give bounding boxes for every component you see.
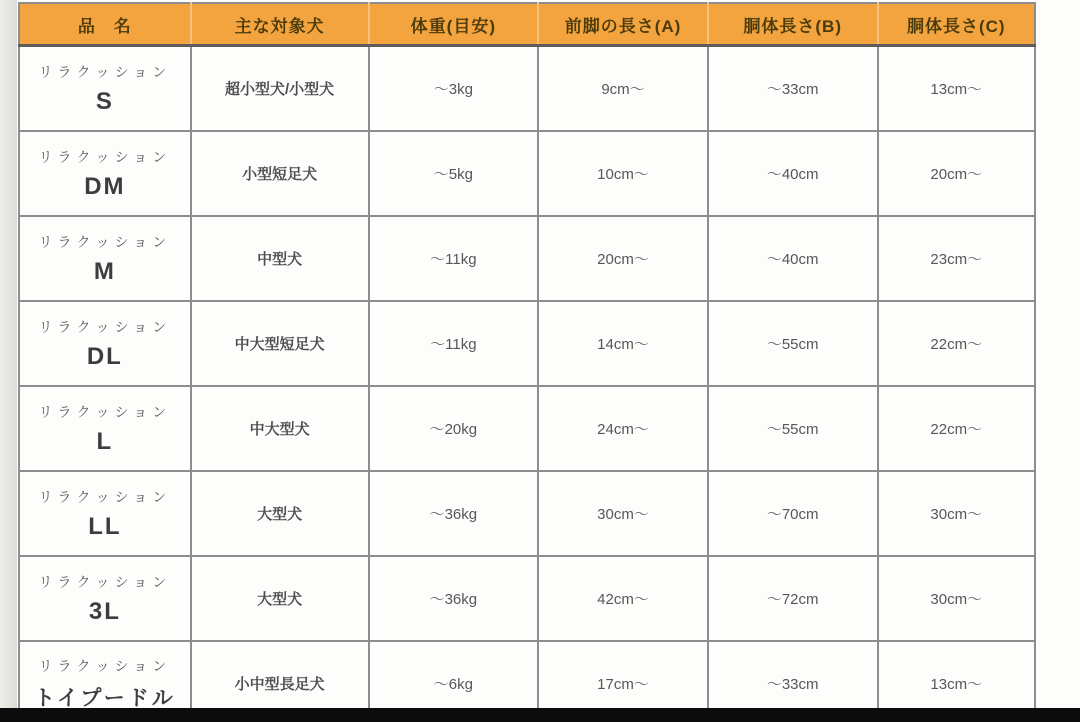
cell-leg-a: 9cm〜 [538,46,708,132]
product-brand-label: リラクッション [20,402,190,422]
cell-body-b: 〜70cm [708,471,878,556]
cell-target-dog: 小型短足犬 [191,131,369,216]
cell-body-b: 〜33cm [708,46,878,132]
cell-target-dog: 大型犬 [191,471,369,556]
cell-weight: 〜3kg [369,46,539,132]
product-brand-label: リラクッション [20,572,190,592]
product-size-label: LL [20,513,190,541]
screenshot-root: 品 名 主な対象犬 体重(目安) 前脚の長さ(A) 胴体長さ(B) 胴体長さ(C… [0,0,1080,722]
header-cell-product-name: 品 名 [19,3,191,46]
product-brand-label: リラクッション [20,656,190,676]
cell-body-c: 22cm〜 [878,301,1035,386]
table-header-row: 品 名 主な対象犬 体重(目安) 前脚の長さ(A) 胴体長さ(B) 胴体長さ(C… [19,3,1035,46]
cell-weight: 〜11kg [369,301,539,386]
table-row: リラクッション 3L 大型犬 〜36kg 42cm〜 〜72cm 30cm〜 [19,556,1035,641]
product-brand-label: リラクッション [20,232,190,252]
product-size-label: 3L [20,598,190,626]
product-size-label: トイプードル [20,682,190,712]
cell-target-dog: 大型犬 [191,556,369,641]
cell-leg-a: 20cm〜 [538,216,708,301]
cell-leg-a: 10cm〜 [538,131,708,216]
cell-body-b: 〜40cm [708,216,878,301]
cell-body-c: 22cm〜 [878,386,1035,471]
cell-body-c: 23cm〜 [878,216,1035,301]
bottom-black-bar [0,708,1080,722]
size-chart-table: 品 名 主な対象犬 体重(目安) 前脚の長さ(A) 胴体長さ(B) 胴体長さ(C… [18,2,1036,722]
header-cell-leg-a: 前脚の長さ(A) [538,3,708,46]
product-size-label: DL [20,343,190,371]
cell-body-b: 〜55cm [708,301,878,386]
cell-target-dog: 中大型短足犬 [191,301,369,386]
header-cell-weight: 体重(目安) [369,3,539,46]
cell-leg-a: 14cm〜 [538,301,708,386]
cell-product-name: リラクッション S [19,46,191,132]
cell-body-c: 13cm〜 [878,46,1035,132]
cell-body-b: 〜40cm [708,131,878,216]
cell-product-name: リラクッション L [19,386,191,471]
header-cell-body-b: 胴体長さ(B) [708,3,878,46]
table-row: リラクッション DM 小型短足犬 〜5kg 10cm〜 〜40cm 20cm〜 [19,131,1035,216]
cell-body-b: 〜55cm [708,386,878,471]
product-size-label: M [20,258,190,286]
table-row: リラクッション L 中大型犬 〜20kg 24cm〜 〜55cm 22cm〜 [19,386,1035,471]
cell-body-c: 20cm〜 [878,131,1035,216]
table-row: リラクッション S 超小型犬/小型犬 〜3kg 9cm〜 〜33cm 13cm〜 [19,46,1035,132]
left-margin-strip [0,0,17,722]
product-brand-label: リラクッション [20,317,190,337]
product-brand-label: リラクッション [20,62,190,82]
product-size-label: DM [20,173,190,201]
cell-weight: 〜20kg [369,386,539,471]
table-row: リラクッション M 中型犬 〜11kg 20cm〜 〜40cm 23cm〜 [19,216,1035,301]
cell-body-c: 30cm〜 [878,556,1035,641]
cell-leg-a: 24cm〜 [538,386,708,471]
cell-product-name: リラクッション DL [19,301,191,386]
table-row: リラクッション DL 中大型短足犬 〜11kg 14cm〜 〜55cm 22cm… [19,301,1035,386]
cell-weight: 〜5kg [369,131,539,216]
header-cell-body-c: 胴体長さ(C) [878,3,1035,46]
header-cell-target-dog: 主な対象犬 [191,3,369,46]
product-brand-label: リラクッション [20,487,190,507]
cell-weight: 〜11kg [369,216,539,301]
product-size-label: S [20,88,190,116]
cell-body-b: 〜72cm [708,556,878,641]
cell-leg-a: 42cm〜 [538,556,708,641]
cell-product-name: リラクッション LL [19,471,191,556]
cell-product-name: リラクッション M [19,216,191,301]
cell-leg-a: 30cm〜 [538,471,708,556]
product-size-label: L [20,428,190,456]
product-brand-label: リラクッション [20,147,190,167]
cell-product-name: リラクッション DM [19,131,191,216]
cell-target-dog: 超小型犬/小型犬 [191,46,369,132]
cell-weight: 〜36kg [369,471,539,556]
cell-target-dog: 中型犬 [191,216,369,301]
cell-body-c: 30cm〜 [878,471,1035,556]
cell-weight: 〜36kg [369,556,539,641]
cell-product-name: リラクッション 3L [19,556,191,641]
cell-target-dog: 中大型犬 [191,386,369,471]
table-row: リラクッション LL 大型犬 〜36kg 30cm〜 〜70cm 30cm〜 [19,471,1035,556]
